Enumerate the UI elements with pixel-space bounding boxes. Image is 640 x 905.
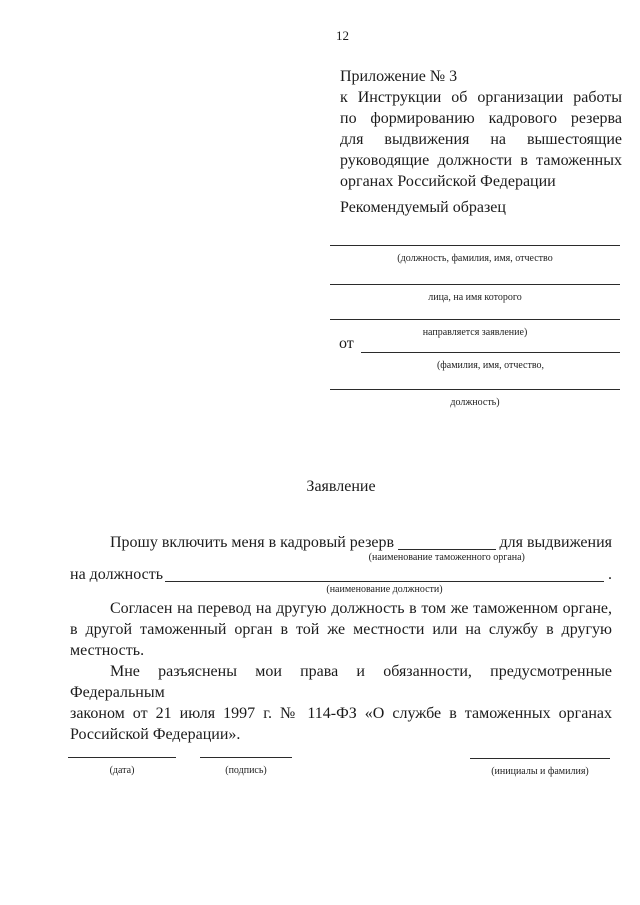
law-paragraph: Мне разъяснены мои права и обязанности, … <box>70 661 612 745</box>
addressee-line-2 <box>330 284 620 285</box>
addressee-caption-2: лица, на имя которого <box>428 292 522 303</box>
document-title: Заявление <box>70 478 612 496</box>
addressee-caption-4: (фамилия, имя, отчество, <box>437 360 544 371</box>
law-line: Российской Федерации». <box>70 724 612 745</box>
signature-blank <box>200 757 292 758</box>
law-line: законом от 21 июля 1997 г. № 114-ФЗ «О с… <box>70 703 612 724</box>
appendix-header-line: по формированию кадрового резерва <box>340 108 622 129</box>
appendix-header: Приложение № 3 к Инструкции об организац… <box>340 66 622 192</box>
position-line: на должность (наименование должности) . <box>70 565 612 584</box>
appendix-header-line: к Инструкции об организации работы <box>340 87 622 108</box>
customs-organ-blank: (наименование таможенного органа) <box>398 549 495 550</box>
addressee-line-4 <box>361 352 620 353</box>
position-caption: (наименование должности) <box>326 584 442 596</box>
appendix-header-line: Приложение № 3 <box>340 66 622 87</box>
consent-paragraph: Согласен на перевод на другую должность … <box>70 598 612 661</box>
law-line: Мне разъяснены мои права и обязанности, … <box>70 661 612 703</box>
document-page: 12 Приложение № 3 к Инструкции об органи… <box>0 0 640 905</box>
appendix-header-line: органах Российской Федерации <box>340 171 622 192</box>
addressee-caption-5: должность) <box>450 397 499 408</box>
request-line: Прошу включить меня в кадровый резерв (н… <box>70 533 612 552</box>
appendix-header-line: для выдвижения на вышестоящие <box>340 129 622 150</box>
name-blank <box>470 758 610 759</box>
page-number: 12 <box>336 28 349 44</box>
date-blank <box>68 757 176 758</box>
recommended-sample-label: Рекомендуемый образец <box>340 199 506 217</box>
addressee-caption-1: (должность, фамилия, имя, отчество <box>397 253 552 264</box>
position-blank: (наименование должности) <box>165 581 604 582</box>
consent-line: в другой таможенный орган в той же местн… <box>70 619 612 640</box>
request-text-before: Прошу включить меня в кадровый резерв <box>70 533 394 552</box>
position-label: на должность <box>70 565 163 584</box>
customs-organ-caption: (наименование таможенного органа) <box>369 552 525 564</box>
date-caption: (дата) <box>110 765 135 776</box>
from-label: от <box>339 335 354 353</box>
appendix-header-line: руководящие должности в таможенных <box>340 150 622 171</box>
name-caption: (инициалы и фамилия) <box>491 766 589 777</box>
addressee-caption-3: направляется заявление) <box>423 327 528 338</box>
request-text-after: для выдвижения <box>500 533 612 552</box>
consent-line: местность. <box>70 640 612 661</box>
consent-line: Согласен на перевод на другую должность … <box>70 598 612 619</box>
signature-caption: (подпись) <box>225 765 267 776</box>
addressee-line-3 <box>330 319 620 320</box>
addressee-line-5 <box>330 389 620 390</box>
addressee-line-1 <box>330 245 620 246</box>
position-text-after: . <box>608 565 612 584</box>
